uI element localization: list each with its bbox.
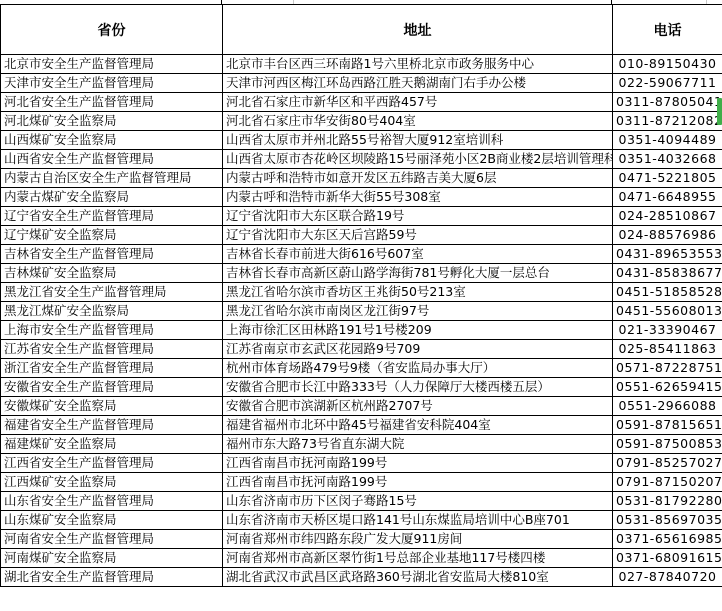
table-row: 辽宁煤矿安全监察局辽宁省沈阳市大东区天后宫路59号024-88576986 — [1, 226, 722, 245]
contact-table: 省份 地址 电话 北京市安全生产监督管理局北京市丰台区西三环南路1号六里桥北京市… — [0, 4, 722, 587]
table-row: 辽宁省安全生产监督管理局辽宁省沈阳市大东区联合路19号024-28510867 — [1, 207, 722, 226]
table-row: 江苏省安全生产监督管理局江苏省南京市玄武区花园路9号709025-8541186… — [1, 340, 722, 359]
cell-province[interactable]: 河南煤矿安全监察局 — [1, 549, 223, 568]
cell-address[interactable]: 北京市丰台区西三环南路1号六里桥北京市政务服务中心 — [223, 55, 613, 74]
cell-province[interactable]: 安徽省安全生产监督管理局 — [1, 378, 223, 397]
cell-phone[interactable]: 0371-68091615 — [613, 549, 722, 568]
cell-address[interactable]: 内蒙古呼和浩特市新华大街55号308室 — [223, 188, 613, 207]
cell-phone[interactable]: 022-59067711 — [613, 74, 722, 93]
cell-address[interactable]: 河南省郑州市高新区翠竹街1号总部企业基地117号楼四楼 — [223, 549, 613, 568]
cell-province[interactable]: 吉林煤矿安全监察局 — [1, 264, 223, 283]
cell-province[interactable]: 辽宁煤矿安全监察局 — [1, 226, 223, 245]
cell-province[interactable]: 河北煤矿安全监察局 — [1, 112, 223, 131]
selection-handle[interactable] — [717, 98, 722, 125]
table-header: 省份 地址 电话 — [1, 5, 722, 55]
header-cell-address[interactable]: 地址 — [223, 5, 613, 55]
header-row: 省份 地址 电话 — [1, 5, 722, 55]
table-row: 山西省安全生产监督管理局山西省太原市杏花岭区坝陵路15号丽泽苑小区2B商业楼2层… — [1, 150, 722, 169]
cell-phone[interactable]: 0351-4094489 — [613, 131, 722, 150]
cell-phone[interactable]: 0451-55608013 — [613, 302, 722, 321]
header-cell-phone[interactable]: 电话 — [613, 5, 722, 55]
table-row: 吉林省安全生产监督管理局吉林省长春市前进大街616号607室0431-89653… — [1, 245, 722, 264]
table-row: 山东煤矿安全监察局山东省济南市天桥区堤口路141号山东煤监局培训中心B座7010… — [1, 511, 722, 530]
cell-address[interactable]: 山西省太原市并州北路55号裕智大厦912室培训科 — [223, 131, 613, 150]
cell-province[interactable]: 黑龙江省安全生产监督管理局 — [1, 283, 223, 302]
cell-province[interactable]: 山西煤矿安全监察局 — [1, 131, 223, 150]
cell-address[interactable]: 内蒙古呼和浩特市如意开发区五纬路吉美大厦6层 — [223, 169, 613, 188]
cell-phone[interactable]: 024-88576986 — [613, 226, 722, 245]
cell-province[interactable]: 安徽煤矿安全监察局 — [1, 397, 223, 416]
cell-phone[interactable]: 0371-65616985 — [613, 530, 722, 549]
cell-phone[interactable]: 0791-85257027 — [613, 454, 722, 473]
table-row: 安徽省安全生产监督管理局安徽省合肥市长江中路333号（人力保障厅大楼西楼五层）0… — [1, 378, 722, 397]
table-row: 天津市安全生产监督管理局天津市河西区梅江环岛西路江胜天鹅湖南门右手办公楼022-… — [1, 74, 722, 93]
cell-province[interactable]: 吉林省安全生产监督管理局 — [1, 245, 223, 264]
table-row: 山东省安全生产监督管理局山东省济南市历下区闵子骞路15号0531-8179228… — [1, 492, 722, 511]
cell-province[interactable]: 上海市安全生产监督管理局 — [1, 321, 223, 340]
table-row: 福建煤矿安全监察局福州市东大路73号省直东湖大院0591-87500853 — [1, 435, 722, 454]
table-row: 吉林煤矿安全监察局吉林省长春市高新区蔚山路学海街781号孵化大厦一层总台0431… — [1, 264, 722, 283]
cell-address[interactable]: 山西省太原市杏花岭区坝陵路15号丽泽苑小区2B商业楼2层培训管理科 — [223, 150, 613, 169]
cell-phone[interactable]: 021-33390467 — [613, 321, 722, 340]
table-row: 浙江省安全生产监督管理局杭州市体育场路479号9楼（省安监局办事大厅）0571-… — [1, 359, 722, 378]
cell-province[interactable]: 山东煤矿安全监察局 — [1, 511, 223, 530]
cell-province[interactable]: 江西煤矿安全监察局 — [1, 473, 223, 492]
table-row: 湖北省安全生产监督管理局湖北省武汉市武昌区武珞路360号湖北省安监局大楼810室… — [1, 568, 722, 587]
table-body: 北京市安全生产监督管理局北京市丰台区西三环南路1号六里桥北京市政务服务中心010… — [1, 55, 722, 587]
cell-address[interactable]: 杭州市体育场路479号9楼（省安监局办事大厅） — [223, 359, 613, 378]
cell-phone[interactable]: 024-28510867 — [613, 207, 722, 226]
cell-phone[interactable]: 0591-87815651 — [613, 416, 722, 435]
table-row: 上海市安全生产监督管理局上海市徐汇区田林路191号1号楼209021-33390… — [1, 321, 722, 340]
cell-address[interactable]: 黑龙江省哈尔滨市南岗区龙江街97号 — [223, 302, 613, 321]
table-row: 河北省安全生产监督管理局河北省石家庄市新华区和平西路457号0311-87805… — [1, 93, 722, 112]
table-row: 黑龙江煤矿安全监察局黑龙江省哈尔滨市南岗区龙江街97号0451-55608013 — [1, 302, 722, 321]
cell-province[interactable]: 内蒙古自治区安全生产监督管理局 — [1, 169, 223, 188]
table-row: 山西煤矿安全监察局山西省太原市并州北路55号裕智大厦912室培训科0351-40… — [1, 131, 722, 150]
cell-address[interactable]: 吉林省长春市高新区蔚山路学海街781号孵化大厦一层总台 — [223, 264, 613, 283]
cell-phone[interactable]: 0471-6648955 — [613, 188, 722, 207]
table-row: 安徽煤矿安全监察局安徽省合肥市滨湖新区杭州路2707号0551-2966088 — [1, 397, 722, 416]
cell-address[interactable]: 安徽省合肥市长江中路333号（人力保障厅大楼西楼五层） — [223, 378, 613, 397]
cell-province[interactable]: 湖北省安全生产监督管理局 — [1, 568, 223, 587]
cell-phone[interactable]: 0551-62659415 — [613, 378, 722, 397]
cell-province[interactable]: 江西省安全生产监督管理局 — [1, 454, 223, 473]
cell-address[interactable]: 黑龙江省哈尔滨市香坊区王兆街50号213室 — [223, 283, 613, 302]
spreadsheet-view: 省份 地址 电话 北京市安全生产监督管理局北京市丰台区西三环南路1号六里桥北京市… — [0, 0, 722, 611]
cell-province[interactable]: 江苏省安全生产监督管理局 — [1, 340, 223, 359]
cell-phone[interactable]: 0471-5221805 — [613, 169, 722, 188]
cell-province[interactable]: 河北省安全生产监督管理局 — [1, 93, 223, 112]
cell-address[interactable]: 河北省石家庄市新华区和平西路457号 — [223, 93, 613, 112]
cell-phone[interactable]: 027-87840720 — [613, 568, 722, 587]
table-row: 江西煤矿安全监察局江西省南昌市抚河南路199号0791-87150207 — [1, 473, 722, 492]
cell-province[interactable]: 河南省安全生产监督管理局 — [1, 530, 223, 549]
cell-phone[interactable]: 025-85411863 — [613, 340, 722, 359]
header-cell-province[interactable]: 省份 — [1, 5, 223, 55]
cell-address[interactable]: 湖北省武汉市武昌区武珞路360号湖北省安监局大楼810室 — [223, 568, 613, 587]
cell-phone[interactable]: 0351-4032668 — [613, 150, 722, 169]
table-row: 北京市安全生产监督管理局北京市丰台区西三环南路1号六里桥北京市政务服务中心010… — [1, 55, 722, 74]
cell-province[interactable]: 山西省安全生产监督管理局 — [1, 150, 223, 169]
cell-address[interactable]: 河北省石家庄市华安街80号404室 — [223, 112, 613, 131]
table-row: 江西省安全生产监督管理局江西省南昌市抚河南路199号0791-85257027 — [1, 454, 722, 473]
cell-address[interactable]: 吉林省长春市前进大街616号607室 — [223, 245, 613, 264]
cell-phone[interactable]: 0431-85838677 — [613, 264, 722, 283]
cell-province[interactable]: 黑龙江煤矿安全监察局 — [1, 302, 223, 321]
cell-province[interactable]: 浙江省安全生产监督管理局 — [1, 359, 223, 378]
cell-address[interactable]: 河南省郑州市纬四路东段广发大厦911房间 — [223, 530, 613, 549]
cell-address[interactable]: 上海市徐汇区田林路191号1号楼209 — [223, 321, 613, 340]
cell-province[interactable]: 山东省安全生产监督管理局 — [1, 492, 223, 511]
table-row: 内蒙古煤矿安全监察局内蒙古呼和浩特市新华大街55号308室0471-664895… — [1, 188, 722, 207]
table-row: 河北煤矿安全监察局河北省石家庄市华安街80号404室0311-87212082 — [1, 112, 722, 131]
cell-address[interactable]: 天津市河西区梅江环岛西路江胜天鹅湖南门右手办公楼 — [223, 74, 613, 93]
cell-address[interactable]: 辽宁省沈阳市大东区天后宫路59号 — [223, 226, 613, 245]
cell-phone[interactable]: 0531-85697035 — [613, 511, 722, 530]
cell-province[interactable]: 福建省安全生产监督管理局 — [1, 416, 223, 435]
cell-address[interactable]: 辽宁省沈阳市大东区联合路19号 — [223, 207, 613, 226]
cell-phone[interactable]: 0451-51858528 — [613, 283, 722, 302]
cell-province[interactable]: 辽宁省安全生产监督管理局 — [1, 207, 223, 226]
table-row: 河南省安全生产监督管理局河南省郑州市纬四路东段广发大厦911房间0371-656… — [1, 530, 722, 549]
cell-address[interactable]: 福州市东大路73号省直东湖大院 — [223, 435, 613, 454]
cell-phone[interactable]: 0791-87150207 — [613, 473, 722, 492]
cell-phone[interactable]: 0431-89653553 — [613, 245, 722, 264]
cell-address[interactable]: 安徽省合肥市滨湖新区杭州路2707号 — [223, 397, 613, 416]
cell-phone[interactable]: 0551-2966088 — [613, 397, 722, 416]
cell-phone[interactable]: 0311-87212082 — [613, 112, 722, 131]
cell-address[interactable]: 山东省济南市天桥区堤口路141号山东煤监局培训中心B座701 — [223, 511, 613, 530]
cell-address[interactable]: 江西省南昌市抚河南路199号 — [223, 473, 613, 492]
cell-province[interactable]: 北京市安全生产监督管理局 — [1, 55, 223, 74]
cell-province[interactable]: 福建煤矿安全监察局 — [1, 435, 223, 454]
cell-address[interactable]: 江西省南昌市抚河南路199号 — [223, 454, 613, 473]
cell-province[interactable]: 天津市安全生产监督管理局 — [1, 74, 223, 93]
cell-address[interactable]: 山东省济南市历下区闵子骞路15号 — [223, 492, 613, 511]
cell-phone[interactable]: 0311-87805041 — [613, 93, 722, 112]
table-row: 河南煤矿安全监察局河南省郑州市高新区翠竹街1号总部企业基地117号楼四楼0371… — [1, 549, 722, 568]
cell-phone[interactable]: 0531-81792280 — [613, 492, 722, 511]
table-row: 黑龙江省安全生产监督管理局黑龙江省哈尔滨市香坊区王兆街50号213室0451-5… — [1, 283, 722, 302]
cell-phone[interactable]: 010-89150430 — [613, 55, 722, 74]
cell-phone[interactable]: 0591-87500853 — [613, 435, 722, 454]
table-row: 内蒙古自治区安全生产监督管理局内蒙古呼和浩特市如意开发区五纬路吉美大厦6层047… — [1, 169, 722, 188]
cell-address[interactable]: 江苏省南京市玄武区花园路9号709 — [223, 340, 613, 359]
table-row: 福建省安全生产监督管理局福建省福州市北环中路45号福建省安科院404室0591-… — [1, 416, 722, 435]
cell-address[interactable]: 福建省福州市北环中路45号福建省安科院404室 — [223, 416, 613, 435]
cell-province[interactable]: 内蒙古煤矿安全监察局 — [1, 188, 223, 207]
cell-phone[interactable]: 0571-87228751 — [613, 359, 722, 378]
